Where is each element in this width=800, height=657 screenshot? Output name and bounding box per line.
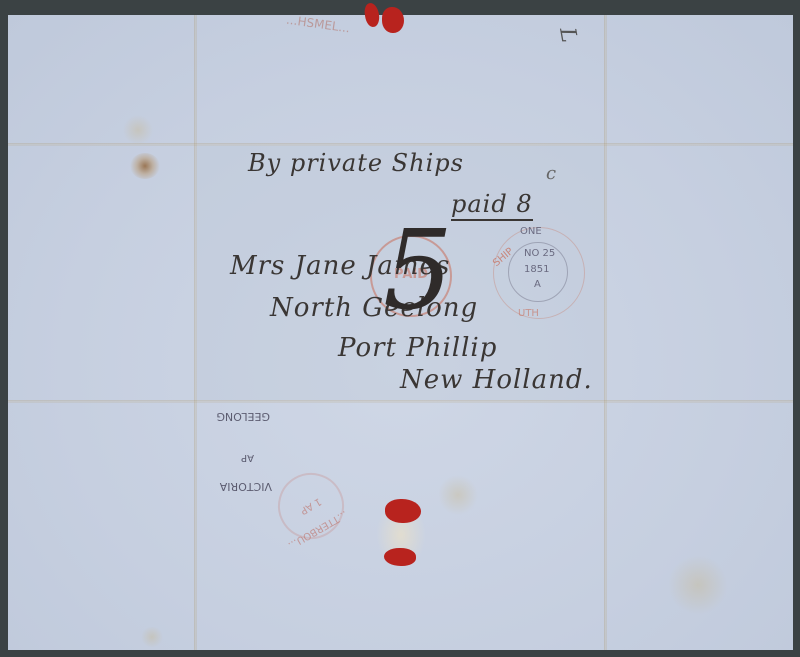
wax-seal-lower [384,548,416,566]
ink-mark: L [554,26,581,46]
foxing-stain [668,555,728,615]
partial-postmark-top: ...HSMEL... [285,13,350,36]
fold-line-right [604,15,607,650]
wax-seal-fragment [382,7,404,33]
wax-seal-fragment [363,2,380,28]
route-endorsement: By private Ships [248,149,464,177]
address-line-3: Port Phillip [338,333,497,363]
fold-line-bottom [8,400,793,403]
foxing-stain [123,115,153,145]
rate-numeral: 5 [383,215,454,325]
geelong-victoria-postmark: VICTORIA AP GEELONG [198,407,284,493]
foxing-stain [140,627,164,647]
paid-marking: paid 8 [451,190,533,221]
corner-mark: c [546,163,557,184]
wax-seal-upper [385,499,421,523]
letter-sheet: ...HSMEL... L By private Ships c paid 8 … [8,15,793,650]
backstamp-postmark: ...TTERBOU... 1 AP [266,461,356,551]
address-line-4: New Holland. [400,365,593,395]
foxing-stain [438,475,478,515]
ship-letter-postmark: ONE SHIP NO 25 1851 A UTH [493,227,585,319]
foxing-stain [130,153,160,179]
